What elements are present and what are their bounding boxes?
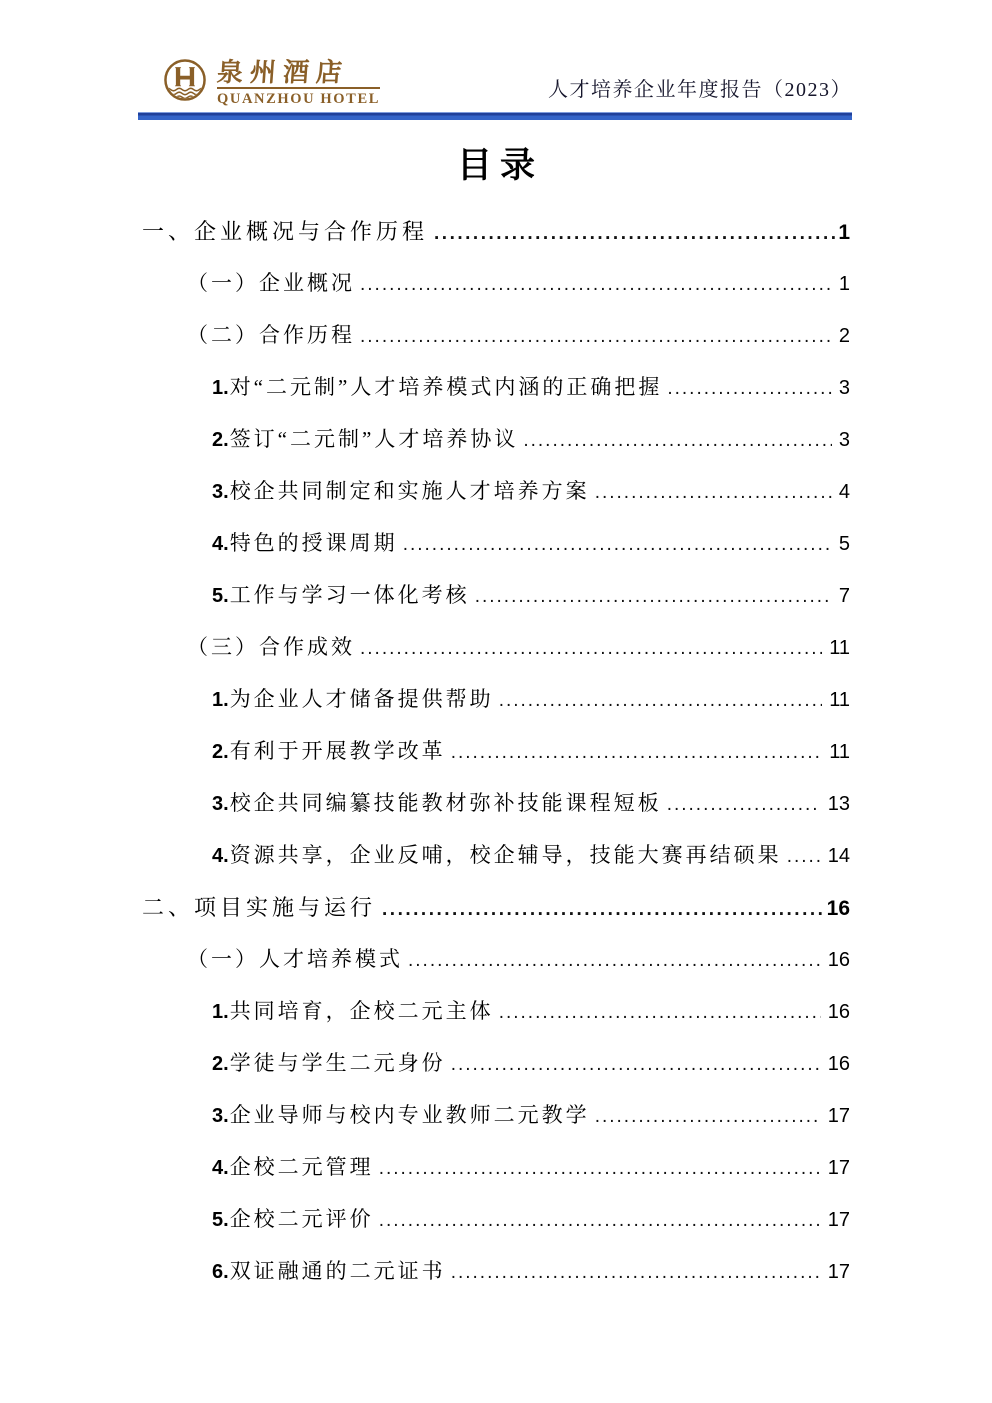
toc-entry-label: 1.对“二元制”人才培养模式内涵的正确把握 [212, 371, 662, 401]
dot-leader [667, 378, 832, 400]
toc-entry-page: 11 [829, 637, 850, 660]
toc-entry[interactable]: 4.特色的授课周期5 [142, 516, 850, 568]
toc-entry-number: 2. [212, 429, 230, 451]
toc-entry-label: （三）合作成效 [187, 631, 355, 661]
toc-entry[interactable]: 6.双证融通的二元证书17 [142, 1244, 850, 1296]
dot-leader [360, 274, 832, 296]
toc-entry-page: 2 [839, 325, 850, 348]
dot-leader [408, 950, 821, 972]
toc-entry[interactable]: （三）合作成效11 [142, 620, 850, 672]
dot-leader [667, 794, 821, 816]
page-header: 泉州酒店 QUANZHOU HOTEL 人才培养企业年度报告（2023） [140, 0, 852, 108]
dot-leader [499, 1002, 821, 1024]
toc-entry[interactable]: 1.为企业人才储备提供帮助11 [142, 672, 850, 724]
toc-entry-number: 5. [212, 585, 230, 607]
toc-entry-page: 11 [829, 689, 850, 712]
toc-entry-label: 2.学徒与学生二元身份 [212, 1047, 446, 1077]
toc-entry-label: 4.资源共享，企业反哺，校企辅导，技能大赛再结硕果 [212, 839, 782, 869]
toc-entry-page: 17 [828, 1157, 850, 1180]
toc-entry-page: 3 [839, 377, 850, 400]
toc-entry[interactable]: 3.校企共同制定和实施人才培养方案4 [142, 464, 850, 516]
header-rule [138, 112, 852, 120]
toc-entry-label: 2.签订“二元制”人才培养协议 [212, 423, 518, 453]
toc-entry-number: 3. [212, 793, 230, 815]
toc-entry-label: 3.企业导师与校内专业教师二元教学 [212, 1099, 590, 1129]
toc-entry-label: 3.校企共同编纂技能教材弥补技能课程短板 [212, 787, 662, 817]
toc-entry-number: 1. [212, 1001, 230, 1023]
toc-entry[interactable]: 一、企业概况与合作历程1 [142, 204, 850, 256]
dot-leader [451, 1054, 821, 1076]
toc-entry-label: 一、企业概况与合作历程 [142, 215, 428, 246]
dot-leader [595, 482, 832, 504]
toc-entry-label: 二、项目实施与运行 [142, 891, 376, 922]
dot-leader [523, 430, 832, 452]
dot-leader [499, 690, 823, 712]
dot-leader [451, 1262, 821, 1284]
dot-leader [475, 586, 832, 608]
toc-entry[interactable]: 4.企校二元管理17 [142, 1140, 850, 1192]
toc-entry-label: 6.双证融通的二元证书 [212, 1255, 446, 1285]
toc-entry-page: 1 [839, 273, 850, 296]
dot-leader [360, 638, 822, 660]
toc-entry[interactable]: 2.有利于开展教学改革11 [142, 724, 850, 776]
toc-entry-label: 4.特色的授课周期 [212, 527, 398, 557]
toc-entry-number: 6. [212, 1261, 230, 1283]
toc-entry-page: 16 [828, 949, 850, 972]
toc-entry-label: 4.企校二元管理 [212, 1151, 374, 1181]
toc-entry-page: 16 [828, 1001, 850, 1024]
toc-entry-page: 17 [828, 1261, 850, 1284]
toc-entry-page: 13 [828, 793, 850, 816]
hotel-logo-text: 泉州酒店 QUANZHOU HOTEL [217, 59, 380, 107]
dot-leader [403, 534, 832, 556]
toc-entry-label: 5.企校二元评价 [212, 1203, 374, 1233]
logo-name-zh: 泉州酒店 [216, 59, 381, 86]
toc-entry-page: 16 [827, 897, 850, 921]
dot-leader [379, 1158, 821, 1180]
logo-name-en: QUANZHOU HOTEL [217, 87, 380, 107]
toc-title: 目录 [0, 142, 992, 190]
toc-entry-page: 14 [828, 845, 850, 868]
document-page: 泉州酒店 QUANZHOU HOTEL 人才培养企业年度报告（2023） 目录 … [0, 0, 992, 1403]
hotel-monogram-icon [162, 57, 208, 108]
toc-entry[interactable]: （二）合作历程2 [142, 308, 850, 360]
toc-entry[interactable]: （一）企业概况1 [142, 256, 850, 308]
toc-entry-page: 11 [829, 741, 850, 764]
toc-entry-label: 2.有利于开展教学改革 [212, 735, 446, 765]
toc-entry[interactable]: 1.对“二元制”人才培养模式内涵的正确把握3 [142, 360, 850, 412]
toc-entry-page: 1 [838, 221, 850, 245]
toc-list: 一、企业概况与合作历程1（一）企业概况1（二）合作历程21.对“二元制”人才培养… [142, 204, 850, 1296]
toc-entry-page: 3 [839, 429, 850, 452]
toc-entry[interactable]: （一）人才培养模式16 [142, 932, 850, 984]
toc-entry-page: 7 [839, 585, 850, 608]
toc-entry-label: 1.为企业人才储备提供帮助 [212, 683, 494, 713]
dot-leader [434, 223, 837, 245]
toc-entry-number: 4. [212, 845, 230, 867]
toc-entry-number: 2. [212, 741, 230, 763]
toc-entry-page: 5 [839, 533, 850, 556]
toc-entry-page: 4 [839, 481, 850, 504]
hotel-logo: 泉州酒店 QUANZHOU HOTEL [162, 57, 380, 108]
toc-entry-number: 4. [212, 1157, 230, 1179]
toc-entry-label: （一）人才培养模式 [187, 943, 403, 973]
toc-entry[interactable]: 二、项目实施与运行16 [142, 880, 850, 932]
toc-entry[interactable]: 3.校企共同编纂技能教材弥补技能课程短板13 [142, 776, 850, 828]
toc-entry-label: 1.共同培育，企校二元主体 [212, 995, 494, 1025]
toc-entry[interactable]: 5.企校二元评价17 [142, 1192, 850, 1244]
dot-leader [787, 846, 821, 868]
toc-entry-label: （二）合作历程 [187, 319, 355, 349]
toc-entry-label: 5.工作与学习一体化考核 [212, 579, 470, 609]
dot-leader [451, 742, 823, 764]
toc-entry[interactable]: 3.企业导师与校内专业教师二元教学17 [142, 1088, 850, 1140]
toc-entry-number: 3. [212, 481, 230, 503]
toc-entry-number: 1. [212, 689, 230, 711]
toc-entry[interactable]: 1.共同培育，企校二元主体16 [142, 984, 850, 1036]
toc-entry-label: （一）企业概况 [187, 267, 355, 297]
dot-leader [595, 1106, 821, 1128]
toc-entry-number: 2. [212, 1053, 230, 1075]
dot-leader [382, 899, 826, 921]
toc-entry[interactable]: 5.工作与学习一体化考核7 [142, 568, 850, 620]
toc-entry[interactable]: 2.签订“二元制”人才培养协议3 [142, 412, 850, 464]
toc-entry[interactable]: 2.学徒与学生二元身份16 [142, 1036, 850, 1088]
toc-entry-number: 1. [212, 377, 230, 399]
toc-entry-label: 3.校企共同制定和实施人才培养方案 [212, 475, 590, 505]
toc-entry-number: 4. [212, 533, 230, 555]
toc-entry-page: 17 [828, 1209, 850, 1232]
dot-leader [360, 326, 832, 348]
toc-entry-number: 5. [212, 1209, 230, 1231]
toc-entry-page: 16 [828, 1053, 850, 1076]
report-title: 人才培养企业年度报告（2023） [548, 73, 852, 108]
toc-entry-page: 17 [828, 1105, 850, 1128]
toc-entry-number: 3. [212, 1105, 230, 1127]
toc-entry[interactable]: 4.资源共享，企业反哺，校企辅导，技能大赛再结硕果14 [142, 828, 850, 880]
dot-leader [379, 1210, 821, 1232]
